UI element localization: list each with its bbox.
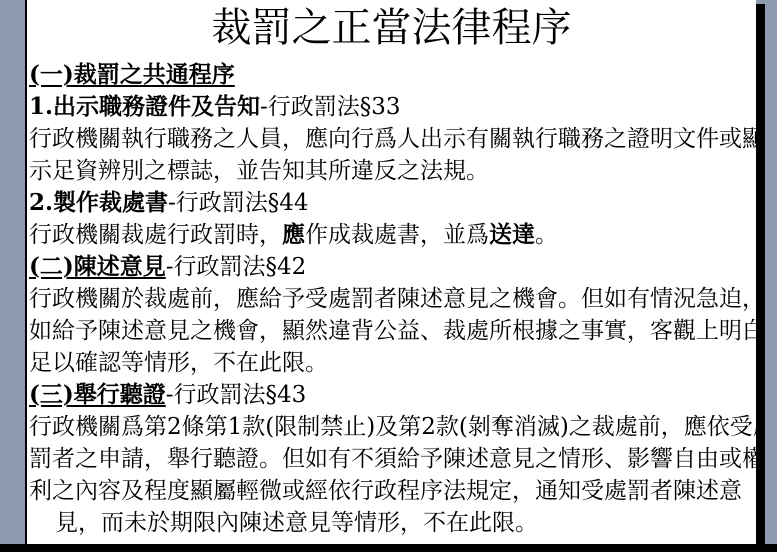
text-run: 示足資辨別之標誌，並告知其所違反之法規。 bbox=[29, 158, 489, 184]
text-line: 見，而未於期限內陳述意見等情形，不在此限。 bbox=[29, 507, 756, 539]
text-line: (一)裁罰之共通程序 bbox=[29, 59, 756, 91]
text-run: (三)舉行聽證 bbox=[29, 381, 166, 408]
text-run: 利之內容及程度顯屬輕微或經依行政程序法規定，通知受處罰者陳述意 bbox=[29, 478, 742, 504]
text-line: 示足資辨別之標誌，並告知其所違反之法規。 bbox=[29, 155, 756, 187]
slide-canvas: 裁罰之正當法律程序 (一)裁罰之共通程序1.出示職務證件及告知-行政罰法§33行… bbox=[0, 0, 777, 552]
text-run: 行政機關於裁處前，應給予受處罰者陳述意見之機會。但如有情況急迫， bbox=[29, 286, 756, 312]
text-run: 應 bbox=[282, 221, 305, 248]
text-run: -行政罰法§43 bbox=[166, 382, 307, 408]
text-run: -行政罰法§33 bbox=[260, 94, 401, 120]
text-run: -行政罰法§42 bbox=[166, 254, 307, 280]
text-line: 行政機關裁處行政罰時，應作成裁處書，並爲送達。 bbox=[29, 219, 756, 251]
text-line: (二)陳述意見-行政罰法§42 bbox=[29, 251, 756, 283]
text-line: 行政機關於裁處前，應給予受處罰者陳述意見之機會。但如有情況急迫， bbox=[29, 283, 756, 315]
text-run: 1.出示職務證件及告知 bbox=[29, 93, 260, 120]
text-run: 罰者之申請，舉行聽證。但如有不須給予陳述意見之情形、影響自由或權 bbox=[29, 446, 756, 472]
text-line: 1.出示職務證件及告知-行政罰法§33 bbox=[29, 91, 756, 123]
text-run: (一)裁罰之共通程序 bbox=[29, 61, 235, 88]
text-run: 見，而未於期限內陳述意見等情形，不在此限。 bbox=[55, 510, 538, 536]
text-run: 。 bbox=[535, 222, 558, 248]
text-line: 足以確認等情形，不在此限。 bbox=[29, 347, 756, 379]
slide-shadow-right bbox=[756, 4, 765, 552]
text-line: 利之內容及程度顯屬輕微或經依行政程序法規定，通知受處罰者陳述意 bbox=[29, 475, 756, 507]
text-run: 2.製作裁處書 bbox=[29, 189, 168, 216]
text-run: 送達 bbox=[489, 221, 535, 248]
text-line: 行政機關執行職務之人員，應向行爲人出示有關執行職務之證明文件或顯 bbox=[29, 123, 756, 155]
text-line: 2.製作裁處書-行政罰法§44 bbox=[29, 187, 756, 219]
slide-title: 裁罰之正當法律程序 bbox=[27, 2, 756, 54]
text-run: 作成裁處書，並爲 bbox=[305, 222, 489, 248]
text-line: 行政機關爲第2條第1款(限制禁止)及第2款(剝奪消滅)之裁處前，應依受處 bbox=[29, 411, 756, 443]
text-run: 行政機關執行職務之人員，應向行爲人出示有關執行職務之證明文件或顯 bbox=[29, 126, 756, 152]
text-line: (三)舉行聽證-行政罰法§43 bbox=[29, 379, 756, 411]
text-run: 如給予陳述意見之機會，顯然違背公益、裁處所根據之事實，客觀上明白 bbox=[29, 318, 756, 344]
text-run: 行政機關爲第2條第1款(限制禁止)及第2款(剝奪消滅)之裁處前，應依受處 bbox=[29, 414, 756, 440]
text-line: 如給予陳述意見之機會，顯然違背公益、裁處所根據之事實，客觀上明白 bbox=[29, 315, 756, 347]
text-run: 行政機關裁處行政罰時， bbox=[29, 222, 282, 248]
text-run: 足以確認等情形，不在此限。 bbox=[29, 350, 328, 376]
presentation-slide: 裁罰之正當法律程序 (一)裁罰之共通程序1.出示職務證件及告知-行政罰法§33行… bbox=[25, 0, 756, 544]
text-run: (二)陳述意見 bbox=[29, 253, 166, 280]
slide-shadow-bottom bbox=[0, 544, 777, 552]
body-text: (一)裁罰之共通程序1.出示職務證件及告知-行政罰法§33行政機關執行職務之人員… bbox=[29, 59, 756, 539]
text-line: 罰者之申請，舉行聽證。但如有不須給予陳述意見之情形、影響自由或權 bbox=[29, 443, 756, 475]
text-run: -行政罰法§44 bbox=[168, 190, 309, 216]
